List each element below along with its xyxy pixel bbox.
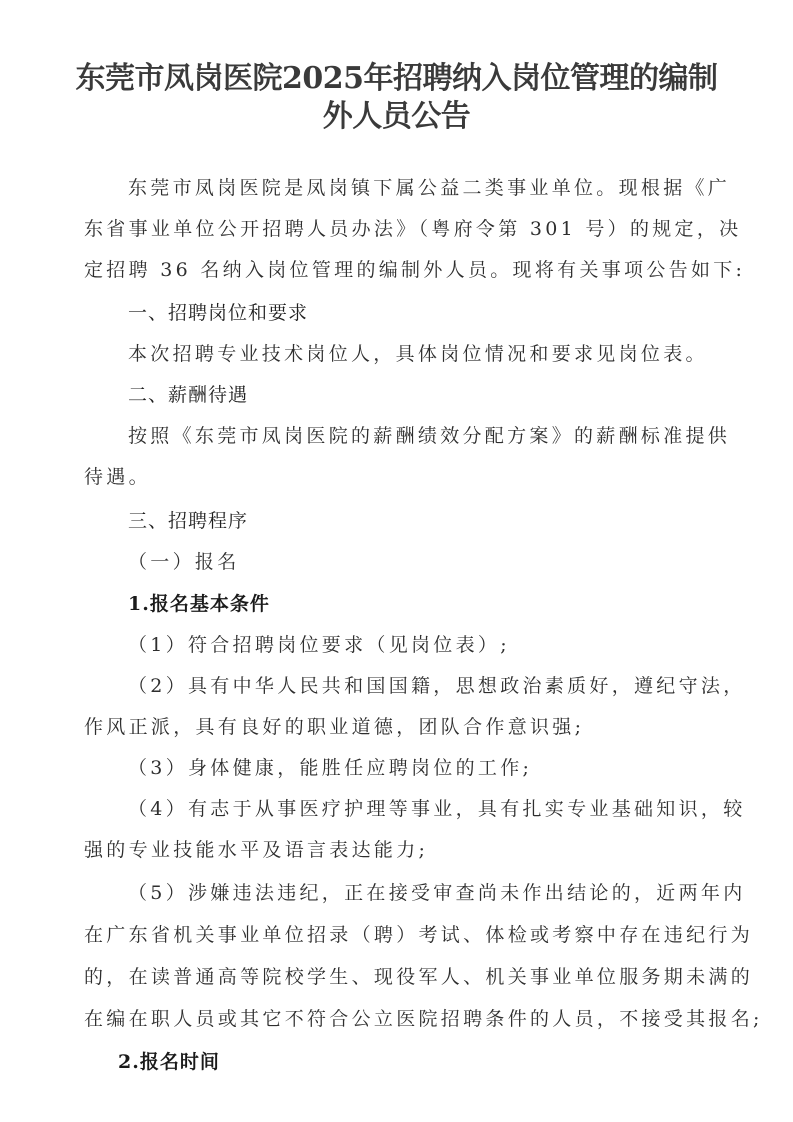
document-title-line-1: 东莞市凤岗医院2025年招聘纳入岗位管理的编制 xyxy=(60,60,733,98)
section-2-body-line-1: 按照《东莞市凤岗医院的薪酬绩效分配方案》的薪酬标准提供 xyxy=(128,423,710,449)
condition-5-line-2: 在广东省机关事业单位招录（聘）考试、体检或考察中存在违纪行为 xyxy=(84,922,710,948)
condition-2-line-2: 作风正派，具有良好的职业道德，团队合作意识强; xyxy=(84,714,710,740)
condition-4-line-2: 强的专业技能水平及语言表达能力; xyxy=(84,837,710,863)
section-3-subheading-registration: （一）报名 xyxy=(128,549,710,575)
section-2-body-line-2: 待遇。 xyxy=(84,464,710,490)
section-1-body: 本次招聘专业技术岗位人，具体岗位情况和要求见岗位表。 xyxy=(128,341,710,367)
section-1-heading: 一、招聘岗位和要求 xyxy=(128,300,710,326)
condition-5-line-3: 的，在读普通高等院校学生、现役军人、机关事业单位服务期未满的 xyxy=(84,964,710,990)
condition-5-line-1: （5）涉嫌违法违纪，正在接受审查尚未作出结论的，近两年内 xyxy=(128,880,710,906)
registration-conditions-heading: 1.报名基本条件 xyxy=(128,591,710,617)
condition-3: （3）身体健康，能胜任应聘岗位的工作; xyxy=(128,755,710,781)
document-page: 东莞市凤岗医院2025年招聘纳入岗位管理的编制 外人员公告 东莞市凤岗医院是凤岗… xyxy=(0,0,793,1122)
section-3-heading: 三、招聘程序 xyxy=(128,508,710,534)
condition-2-line-1: （2）具有中华人民共和国国籍，思想政治素质好，遵纪守法， xyxy=(128,673,710,699)
condition-5-line-4: 在编在职人员或其它不符合公立医院招聘条件的人员，不接受其报名; xyxy=(84,1006,710,1032)
section-2-heading: 二、薪酬待遇 xyxy=(128,382,710,408)
intro-paragraph-line-3: 定招聘 36 名纳入岗位管理的编制外人员。现将有关事项公告如下: xyxy=(84,257,710,283)
document-title-line-2: 外人员公告 xyxy=(60,98,733,136)
condition-1: （1）符合招聘岗位要求（见岗位表）; xyxy=(128,632,710,658)
registration-time-heading: 2.报名时间 xyxy=(118,1049,700,1075)
intro-paragraph-line-1: 东莞市凤岗医院是凤岗镇下属公益二类事业单位。现根据《广 xyxy=(128,175,710,201)
intro-paragraph-line-2: 东省事业单位公开招聘人员办法》（粤府令第 301 号）的规定，决 xyxy=(84,216,710,242)
condition-4-line-1: （4）有志于从事医疗护理等事业，具有扎实专业基础知识，较 xyxy=(128,796,710,822)
